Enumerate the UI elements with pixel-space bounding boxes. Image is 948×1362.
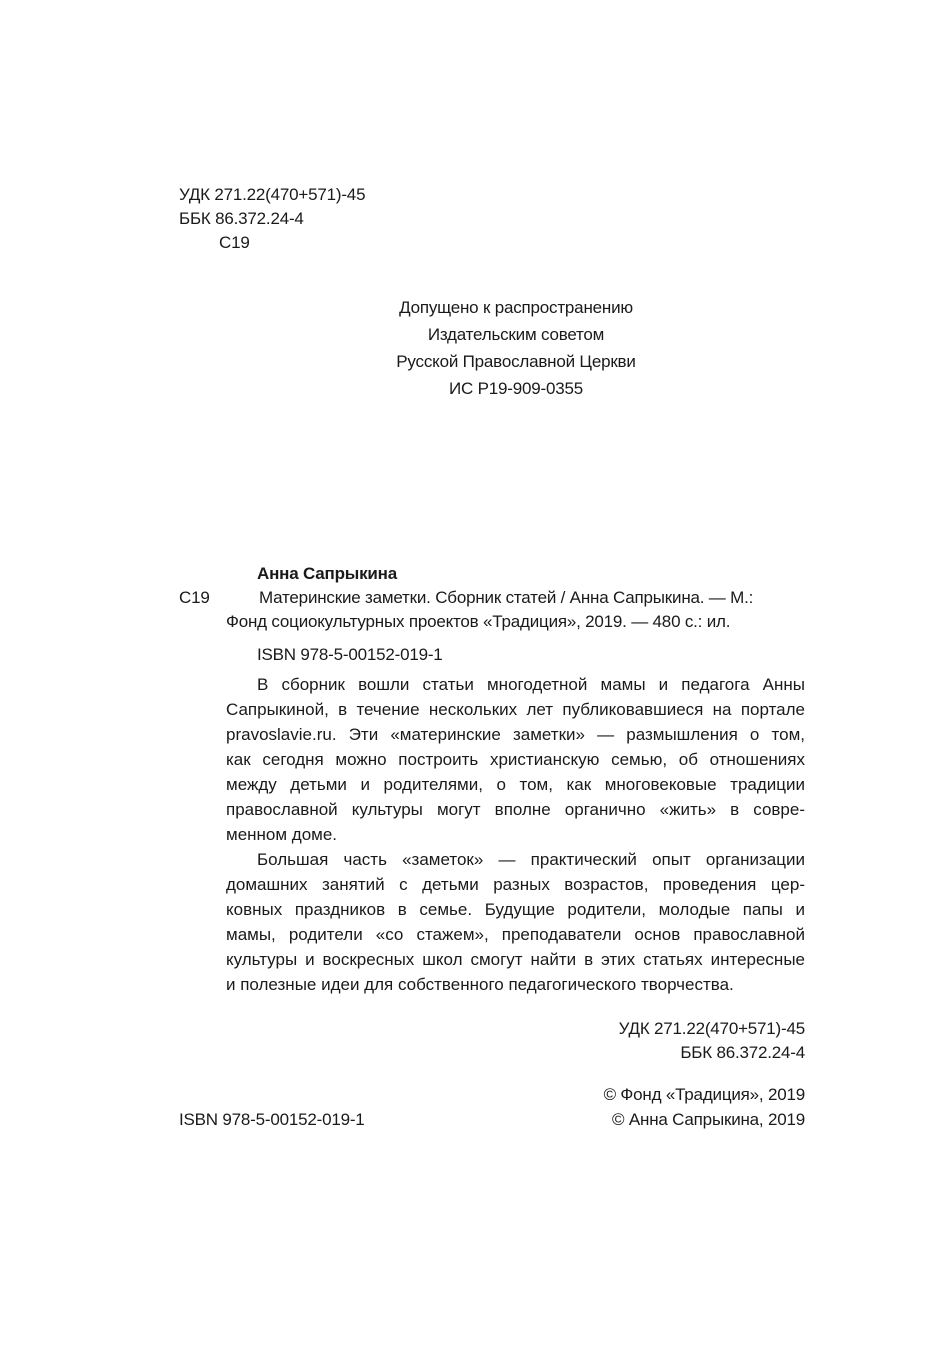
text-line: Большая часть «заметок» — практический о… [226,847,805,872]
isbn-bottom: ISBN 978-5-00152-019-1 [179,1107,365,1132]
text-line: В сборник вошли статьи многодетной мамы … [226,672,805,697]
udk-code: УДК 271.22(470+571)-45 [619,1017,805,1041]
text-line: и полезные идеи для собственного педагог… [226,972,805,997]
text-line: pravoslavie.ru. Эти «материнские заметки… [226,722,805,747]
text-line: домашних занятий с детьми разных возраст… [226,872,805,897]
text-line: ковных праздников в семье. Будущие родит… [226,897,805,922]
bibliographic-description-line: Материнские заметки. Сборник статей / Ан… [259,586,753,610]
copyright-line: © Анна Сапрыкина, 2019 [604,1107,805,1132]
copyright-line: © Фонд «Традиция», 2019 [604,1082,805,1107]
copyright-block: © Фонд «Традиция», 2019 © Анна Сапрыкина… [604,1082,805,1132]
classification-block-top: УДК 271.22(470+571)-45 ББК 86.372.24-4 С… [179,183,365,255]
bbk-code: ББК 86.372.24-4 [619,1041,805,1065]
annotation-paragraph: Большая часть «заметок» — практический о… [226,847,805,997]
approval-statement: Допущено к распространению Издательским … [330,294,702,402]
bibliographic-description-line: Фонд социокультурных проектов «Традиция»… [226,610,730,634]
author-name: Анна Сапрыкина [257,562,397,586]
isbn: ISBN 978-5-00152-019-1 [257,643,443,667]
udk-code: УДК 271.22(470+571)-45 [179,183,365,207]
text-line: культуры и воскресных школ смогут найти … [226,947,805,972]
text-line: между детьми и родителями, о том, как мн… [226,772,805,797]
author-sign-left: С19 [179,586,210,610]
approval-number: ИС Р19-909-0355 [330,375,702,402]
annotation-paragraph: В сборник вошли статьи многодетной мамы … [226,672,805,847]
text-line: Сапрыкиной, в течение нескольких лет пуб… [226,697,805,722]
author-sign: С19 [179,231,365,255]
approval-line: Допущено к распространению [330,294,702,321]
text-line: как сегодня можно построить христианскую… [226,747,805,772]
text-line: православной культуры могут вполне орган… [226,797,805,822]
approval-line: Русской Православной Церкви [330,348,702,375]
approval-line: Издательским советом [330,321,702,348]
bbk-code: ББК 86.372.24-4 [179,207,365,231]
classification-block-bottom: УДК 271.22(470+571)-45 ББК 86.372.24-4 [619,1017,805,1065]
text-line: мамы, родители «со стажем», преподавател… [226,922,805,947]
text-line: менном доме. [226,822,805,847]
